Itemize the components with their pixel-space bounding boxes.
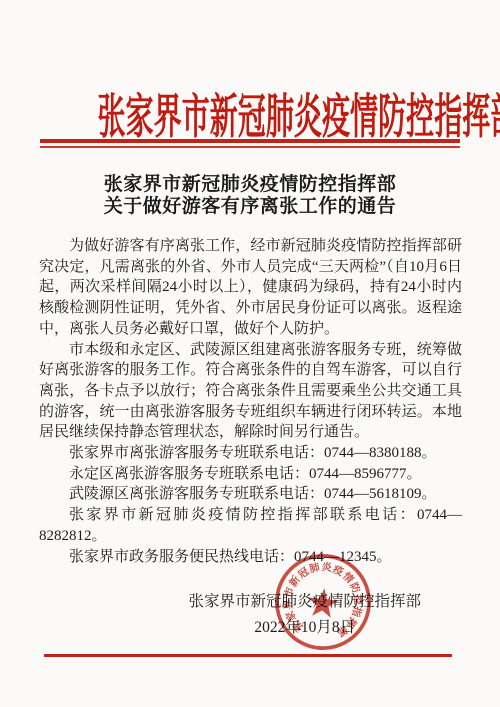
document-title-line2: 关于做好游客有序离张工作的通告 [0, 196, 500, 218]
body-paragraph: 为做好游客有序离张工作，经市新冠肺炎疫情防控指挥部研究决定，凡需离张的外省、外市… [39, 236, 462, 340]
contact-line: 张家界市新冠肺炎疫情防控指挥部联系电话：0744—8282812。 [39, 505, 462, 546]
contact-line: 张家界市政务服务便民热线电话：0744—12345。 [39, 547, 462, 568]
star-icon [306, 587, 339, 619]
contact-line: 武陵源区离张游客服务专班联系电话：0744—5618109。 [39, 484, 462, 505]
svg-text:肺: 肺 [308, 560, 322, 575]
footer-rule [44, 654, 452, 657]
official-seal: 张家界市新冠肺炎疫情防控指挥部 [268, 547, 378, 657]
masthead-rule-thick [40, 139, 460, 143]
contact-line: 永定区离张游客服务专班联系电话：0744—8596777。 [39, 464, 462, 485]
document-title: 张家界市新冠肺炎疫情防控指挥部 关于做好游客有序离张工作的通告 [0, 174, 500, 218]
notice-document-page: 张家界市新冠肺炎疫情防控指挥部 张家界市新冠肺炎疫情防控指挥部 关于做好游客有序… [0, 0, 500, 707]
masthead-rule-thin [40, 146, 460, 148]
contact-line: 张家界市离张游客服务专班联系电话：0744—8380188。 [39, 443, 462, 464]
svg-text:界: 界 [281, 598, 295, 610]
body-paragraph: 市本级和永定区、武陵源区组建离张游客服务专班，统筹做好离张游客的服务工作。符合离… [39, 340, 462, 444]
document-title-line1: 张家界市新冠肺炎疫情防控指挥部 [0, 174, 500, 196]
masthead-banner: 张家界市新冠肺炎疫情防控指挥部 [98, 79, 403, 148]
document-body: 为做好游客有序离张工作，经市新冠肺炎疫情防控指挥部研究决定，凡需离张的外省、外市… [39, 236, 462, 567]
svg-text:控: 控 [351, 593, 365, 606]
